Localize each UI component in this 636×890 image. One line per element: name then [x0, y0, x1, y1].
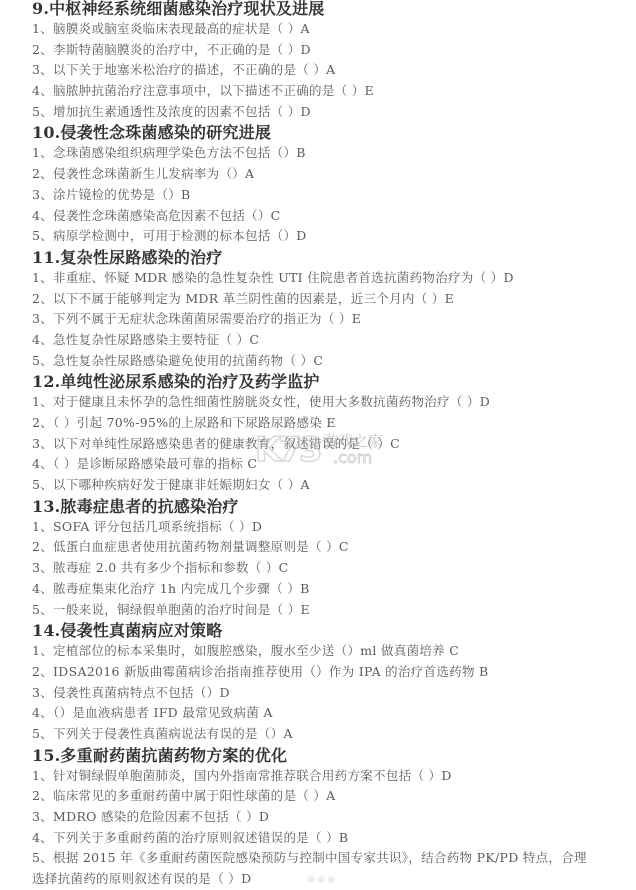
question-item: 2、临床常见的多重耐药菌中属于阳性球菌的是（ ）A [32, 786, 632, 807]
section-9: 9.中枢神经系统细菌感染治疗现状及进展 1、脑膜炎或脑室炎临床表现最高的症状是（… [32, 0, 632, 122]
question-item: 3、脓毒症 2.0 共有多少个指标和参数（ ）C [32, 558, 632, 579]
document-body: 9.中枢神经系统细菌感染治疗现状及进展 1、脑膜炎或脑室炎临床表现最高的症状是（… [32, 0, 632, 890]
question-item: 3、下列不属于无症状念珠菌菌尿需要治疗的指正为（ ）E [32, 309, 632, 330]
question-item: 1、SOFA 评分包括几项系统指标（ ）D [32, 517, 632, 538]
question-item: 2、以下不属于能够判定为 MDR 革兰阴性菌的因素是，近三个月内（ ）E [32, 289, 632, 310]
loading-dots-icon [308, 868, 348, 878]
question-item: 4、侵袭性念珠菌感染高危因素不包括（）C [32, 206, 632, 227]
question-item: 2、侵袭性念珠菌新生儿发病率为（）A [32, 164, 632, 185]
question-item: 4、脑脓肿抗菌治疗注意事项中，以下描述不正确的是（ ）E [32, 81, 632, 102]
section-heading: 13.脓毒症患者的抗感染治疗 [32, 496, 632, 517]
question-item: 1、脑膜炎或脑室炎临床表现最高的症状是（ ）A [32, 19, 632, 40]
dot-icon [308, 876, 315, 883]
question-item: 3、以下对单纯性尿路感染患者的健康教育，叙述错误的是（ ）C [32, 434, 632, 455]
question-item: 1、念珠菌感染组织病理学染色方法不包括（）B [32, 143, 632, 164]
section-heading: 15.多重耐药菌抗菌药物方案的优化 [32, 745, 632, 766]
question-item: 3、涂片镜检的优势是（）B [32, 185, 632, 206]
question-item: 3、以下关于地塞米松治疗的描述，不正确的是（ ）A [32, 60, 632, 81]
section-heading: 14.侵袭性真菌病应对策略 [32, 620, 632, 641]
question-item: 4、下列关于多重耐药菌的治疗原则叙述错误的是（ ）B [32, 828, 632, 849]
section-heading: 12.单纯性泌尿系感染的治疗及药学监护 [32, 371, 632, 392]
question-item: 2、（ ）引起 70%-95%的上尿路和下尿路尿路感染 E [32, 413, 632, 434]
dot-icon [318, 876, 325, 883]
section-heading: 11.复杂性尿路感染的治疗 [32, 247, 632, 268]
question-item: 5、增加抗生素通透性及浓度的因素不包括（ ）D [32, 102, 632, 123]
question-item: 2、IDSA2016 新版曲霉菌病诊治指南推荐使用（）作为 IPA 的治疗首选药… [32, 662, 632, 683]
question-item: 4、（ ）是诊断尿路感染最可靠的指标 C [32, 454, 632, 475]
section-10: 10.侵袭性念珠菌感染的研究进展 1、念珠菌感染组织病理学染色方法不包括（）B … [32, 122, 632, 246]
question-item: 5、病原学检测中，可用于检测的标本包括（）D [32, 226, 632, 247]
question-item: 1、定植部位的标本采集时，如腹腔感染，腹水至少送（）ml 做真菌培养 C [32, 641, 632, 662]
question-item: 2、低蛋白血症患者使用抗菌药物剂量调整原则是（ ）C [32, 537, 632, 558]
question-item: 1、针对铜绿假单胞菌肺炎，国内外指南常推荐联合用药方案不包括（ ）D [32, 766, 632, 787]
section-heading: 10.侵袭性念珠菌感染的研究进展 [32, 122, 632, 143]
question-item: 5、下列关于侵袭性真菌病说法有误的是（）A [32, 724, 632, 745]
section-12: 12.单纯性泌尿系感染的治疗及药学监护 1、对于健康且未怀孕的急性细菌性膀胱炎女… [32, 371, 632, 495]
question-item: 3、侵袭性真菌病特点不包括（）D [32, 683, 632, 704]
dot-icon [328, 876, 335, 883]
section-11: 11.复杂性尿路感染的治疗 1、非重症、怀疑 MDR 感染的急性复杂性 UTI … [32, 247, 632, 371]
question-item: 5、以下哪种疾病好发于健康非妊娠期妇女（ ）A [32, 475, 632, 496]
question-item: 3、MDRO 感染的危险因素不包括（ ）D [32, 807, 632, 828]
question-item: 2、李斯特菌脑膜炎的治疗中，不正确的是（ ）D [32, 40, 632, 61]
question-item: 5、一般来说，铜绿假单胞菌的治疗时间是（ ）E [32, 600, 632, 621]
section-13: 13.脓毒症患者的抗感染治疗 1、SOFA 评分包括几项系统指标（ ）D 2、低… [32, 496, 632, 620]
question-item: 5、急性复杂性尿路感染避免使用的抗菌药物（ ）C [32, 351, 632, 372]
section-heading: 9.中枢神经系统细菌感染治疗现状及进展 [32, 0, 632, 19]
question-item: 4、（）是血液病患者 IFD 最常见致病菌 A [32, 703, 632, 724]
question-item: 4、急性复杂性尿路感染主要特征（ ）C [32, 330, 632, 351]
section-14: 14.侵袭性真菌病应对策略 1、定植部位的标本采集时，如腹腔感染，腹水至少送（）… [32, 620, 632, 744]
question-item: 1、非重症、怀疑 MDR 感染的急性复杂性 UTI 住院患者首选抗菌药物治疗为（… [32, 268, 632, 289]
question-item: 4、脓毒症集束化治疗 1h 内完成几个步骤（ ）B [32, 579, 632, 600]
question-item: 1、对于健康且未怀孕的急性细菌性膀胱炎女性，使用大多数抗菌药物治疗（ ）D [32, 392, 632, 413]
